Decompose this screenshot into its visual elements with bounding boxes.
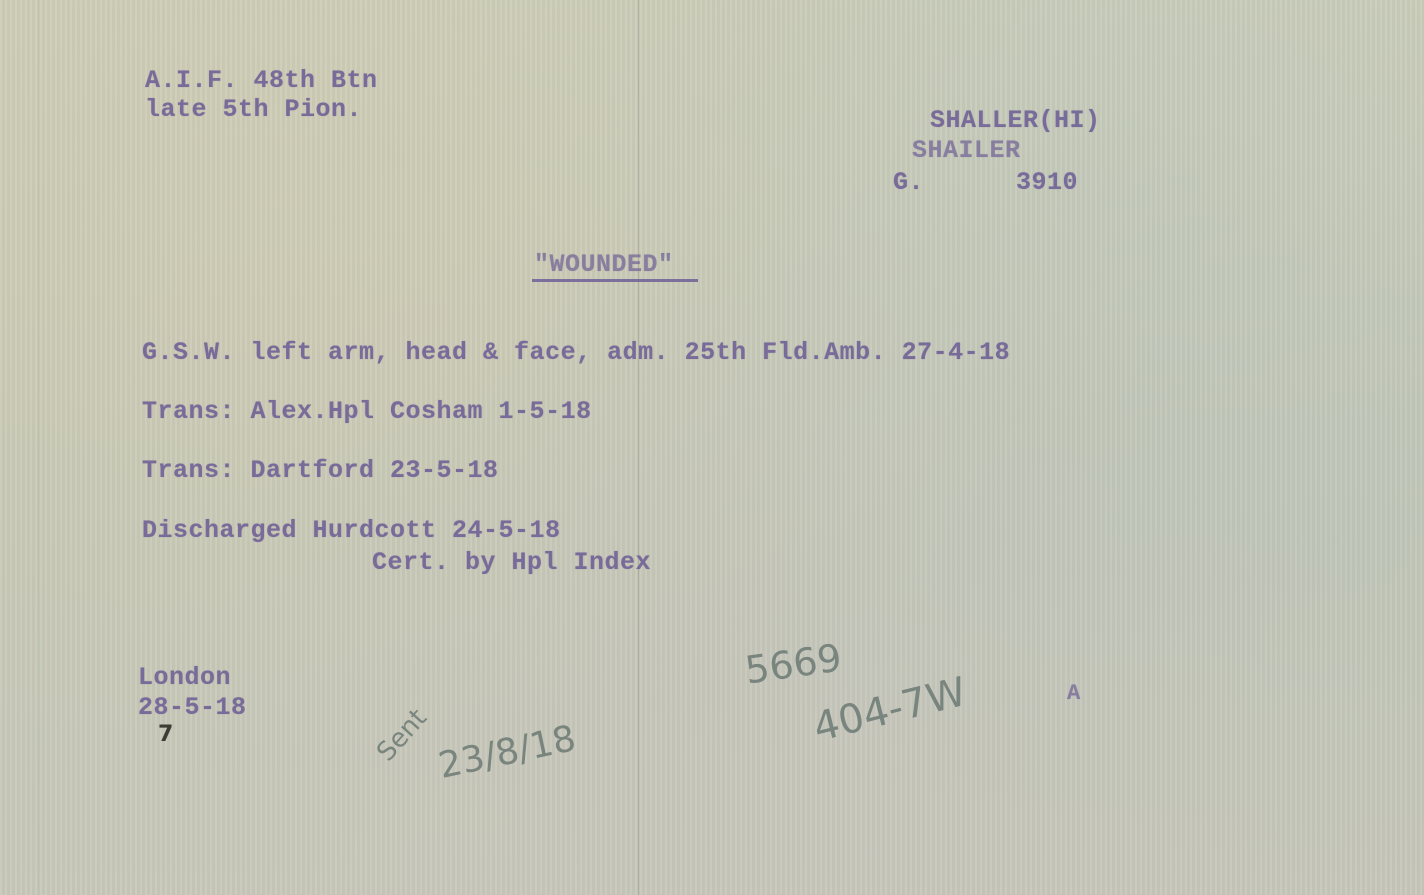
entry-certified: Cert. by Hpl Index bbox=[372, 550, 651, 575]
handwritten-reference-number: 5669 bbox=[743, 638, 844, 689]
handwritten-sent-label: Sent bbox=[373, 705, 432, 766]
entry-wound: G.S.W. left arm, head & face, adm. 25th … bbox=[142, 340, 1010, 365]
former-unit-line: late 5th Pion. bbox=[145, 97, 362, 122]
entry-transfer-2: Trans: Dartford 23-5-18 bbox=[142, 458, 499, 483]
footer-place: London bbox=[138, 665, 231, 690]
surname-line-2: SHAILER bbox=[912, 138, 1021, 163]
fold-crease bbox=[638, 0, 639, 895]
unit-line: A.I.F. 48th Btn bbox=[145, 68, 378, 93]
entry-transfer-1: Trans: Alex.Hpl Cosham 1-5-18 bbox=[142, 399, 592, 424]
handwritten-sent-date: 23/8/18 bbox=[436, 721, 579, 785]
status-heading: "WOUNDED" bbox=[534, 252, 674, 277]
entry-discharged: Discharged Hurdcott 24-5-18 bbox=[142, 518, 561, 543]
paper-edge-line bbox=[38, 0, 39, 895]
corner-mark: A bbox=[1067, 683, 1081, 705]
initial: G. bbox=[893, 170, 924, 195]
service-number: 3910 bbox=[1016, 170, 1078, 195]
handwritten-reference-code: 404-7W bbox=[809, 672, 970, 748]
footer-date: 28-5-18 bbox=[138, 695, 247, 720]
pencil-mark: 7 bbox=[158, 724, 173, 746]
status-heading-underline bbox=[532, 279, 698, 282]
surname-line-1: SHALLER(HI) bbox=[930, 108, 1101, 133]
